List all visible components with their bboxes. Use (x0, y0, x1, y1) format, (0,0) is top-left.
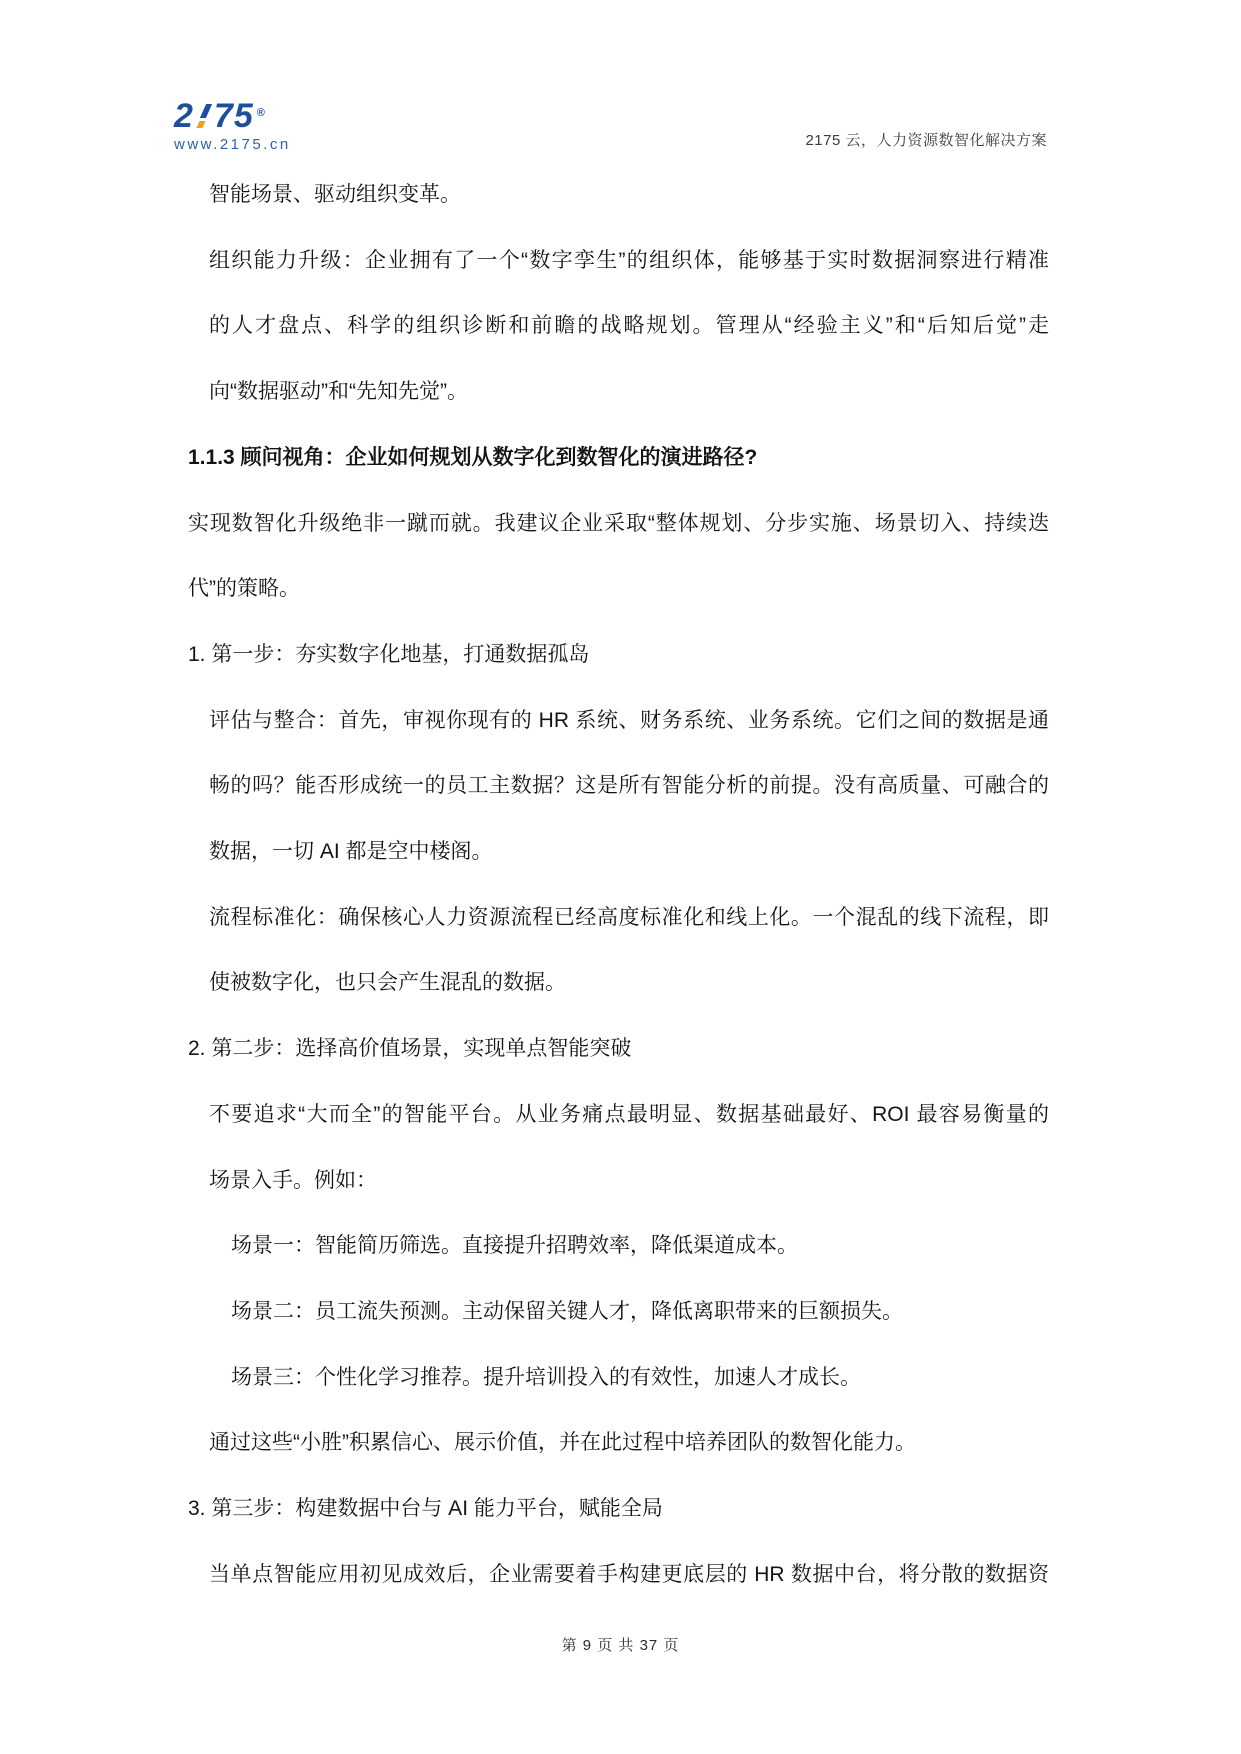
paragraph-line: 流程标准化：确保核心人力资源流程已经高度标准化和线上化。一个混乱的线下流程，即 (209, 885, 1049, 951)
document-page: 2 75 ® www.2175.cn 2175 云，人力资源数智化解决方案 智能… (0, 0, 1241, 1754)
logo-website-url: www.2175.cn (174, 136, 291, 153)
section-heading: 1.1.3 顾问视角：企业如何规划从数字化到数智化的演进路径? (188, 425, 1049, 491)
paragraph-line: 数据，一切 AI 都是空中楼阁。 (209, 819, 1049, 885)
paragraph-line: 通过这些“小胜”积累信心、展示价值，并在此过程中培养团队的数智化能力。 (209, 1410, 1049, 1476)
paragraph-line: 实现数智化升级绝非一蹴而就。我建议企业采取“整体规划、分步实施、场景切入、持续迭 (188, 491, 1049, 557)
numbered-item: 1. 第一步：夯实数字化地基，打通数据孤岛 (188, 622, 1049, 688)
paragraph-line: 代”的策略。 (188, 556, 1049, 622)
company-logo: 2 75 ® www.2175.cn (174, 103, 291, 153)
paragraph-line: 使被数字化，也只会产生混乱的数据。 (209, 950, 1049, 1016)
paragraph-line: 畅的吗？能否形成统一的员工主数据？这是所有智能分析的前提。没有高质量、可融合的 (209, 753, 1049, 819)
scenario-item: 场景三：个性化学习推荐。提升培训投入的有效性，加速人才成长。 (231, 1345, 1049, 1411)
document-header-title: 2175 云，人力资源数智化解决方案 (805, 129, 1047, 150)
logo-digits-75: 75 (214, 103, 254, 129)
paragraph-line: 向“数据驱动”和“先知先觉”。 (209, 359, 1049, 425)
numbered-item: 3. 第三步：构建数据中台与 AI 能力平台，赋能全局 (188, 1476, 1049, 1542)
paragraph-line: 组织能力升级：企业拥有了一个“数字孪生”的组织体，能够基于实时数据洞察进行精准 (209, 228, 1049, 294)
paragraph-line: 评估与整合：首先，审视你现有的 HR 系统、财务系统、业务系统。它们之间的数据是… (209, 688, 1049, 754)
numbered-item: 2. 第二步：选择高价值场景，实现单点智能突破 (188, 1016, 1049, 1082)
logo-digit-2: 2 (174, 103, 194, 129)
scenario-item: 场景一：智能简历筛选。直接提升招聘效率，降低渠道成本。 (231, 1213, 1049, 1279)
logo-slash-icon (196, 103, 212, 129)
registered-trademark-icon: ® (257, 100, 266, 126)
page-number: 第 9 页 共 37 页 (562, 1637, 680, 1654)
page-footer: 第 9 页 共 37 页 (0, 1634, 1241, 1655)
paragraph-line: 不要追求“大而全”的智能平台。从业务痛点最明显、数据基础最好、ROI 最容易衡量… (209, 1082, 1049, 1148)
document-body: 智能场景、驱动组织变革。 组织能力升级：企业拥有了一个“数字孪生”的组织体，能够… (188, 162, 1049, 1607)
scenario-item: 场景二：员工流失预测。主动保留关键人才，降低离职带来的巨额损失。 (231, 1279, 1049, 1345)
paragraph-line: 智能场景、驱动组织变革。 (209, 162, 1049, 228)
logo-2175-mark: 2 75 ® (174, 103, 291, 129)
paragraph-line: 当单点智能应用初见成效后，企业需要着手构建更底层的 HR 数据中台，将分散的数据… (209, 1542, 1049, 1608)
paragraph-line: 场景入手。例如： (209, 1148, 1049, 1214)
paragraph-line: 的人才盘点、科学的组织诊断和前瞻的战略规划。管理从“经验主义”和“后知后觉”走 (209, 293, 1049, 359)
